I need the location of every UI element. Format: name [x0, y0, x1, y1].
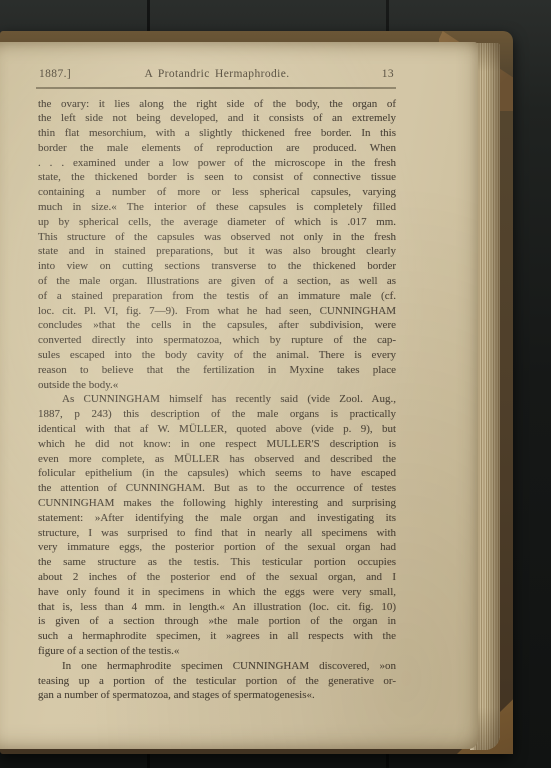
text-line: much in size.« The interior of these cap…: [38, 200, 396, 215]
paragraph: In one hermaphrodite specimen CUNNINGHAM…: [38, 659, 396, 703]
text-line: sules escaped into the body cavity of th…: [38, 348, 396, 363]
text-line: identical with that af W. MÜLLER, quoted…: [38, 422, 396, 437]
paragraph: As CUNNINGHAM himself has recently said …: [38, 392, 396, 658]
text-line: In one hermaphrodite specimen CUNNINGHAM…: [38, 659, 396, 674]
text-line: is given of a section through »the male …: [38, 614, 396, 629]
text-line: very immature eggs, the posterior portio…: [38, 540, 396, 555]
text-line: figure of a section of the testis.«: [38, 644, 396, 659]
text-line: into view on cutting sections transverse…: [38, 259, 396, 274]
text-line: that is, less than 4 mm. in length.« An …: [38, 600, 396, 615]
text-line: the left side not being developed, and i…: [38, 111, 396, 126]
text-line: 1887, p 243) this description of the mal…: [38, 407, 396, 422]
text-line: concludes »that the cells in the capsule…: [38, 318, 396, 333]
text-line: structure, I was surprised to find that …: [38, 526, 396, 541]
text-line: As CUNNINGHAM himself has recently said …: [38, 392, 396, 407]
header-title: A Protandric Hermaphrodie.: [144, 67, 289, 81]
text-line: such a hermaphrodite specimen, it »agree…: [38, 629, 396, 644]
text-line: This structure of the capsules was obser…: [38, 230, 396, 245]
running-head: 1887.] A Protandric Hermaphrodie. 13: [38, 67, 396, 82]
text-line: gan a number of spermatozoa, and stages …: [38, 688, 396, 703]
text-line: have only found it in specimens in which…: [38, 585, 396, 600]
header-year: 1887.]: [39, 67, 71, 81]
text-line: CUNNINGHAM makes the following highly in…: [38, 496, 396, 511]
header-rule: [36, 87, 396, 89]
header-page-number: 13: [382, 67, 394, 81]
text-line: of a stained preparation from the testis…: [38, 289, 396, 304]
text-line: state, the thickened border is seen to c…: [38, 170, 396, 185]
text-line: folicular epithelium (in the capsules) w…: [38, 466, 396, 481]
text-line: up by spherical cells, the average diame…: [38, 215, 396, 230]
text-line: the attention of CUNNINGHAM. But as to t…: [38, 481, 396, 496]
text-line: loc. cit. Pl. VI, fig. 7—9). From what h…: [38, 304, 396, 319]
paragraph: the ovary: it lies along the right side …: [38, 97, 396, 393]
text-line: reason to believe that the fertilization…: [38, 363, 396, 378]
text-line: about 2 inches of the posterior end of t…: [38, 570, 396, 585]
text-line: state and in stained preparations, but i…: [38, 244, 396, 259]
text-line: outside the body.«: [38, 378, 396, 393]
text-line: . . . examined under a low power of the …: [38, 156, 396, 171]
text-line: even more complete, as MÜLLER has observ…: [38, 452, 396, 467]
text-line: containing a number of more or less sphe…: [38, 185, 396, 200]
photo-background: 1887.] A Protandric Hermaphrodie. 13 the…: [0, 0, 551, 768]
text-line: which he did not know: in one respect MU…: [38, 437, 396, 452]
book-page: 1887.] A Protandric Hermaphrodie. 13 the…: [0, 42, 478, 749]
text-line: teasing up a portion of the testicular p…: [38, 674, 396, 689]
text-line: of the male organ. Illustrations are giv…: [38, 274, 396, 289]
text-line: thin flat mesorchium, with a slightly th…: [38, 126, 396, 141]
text-line: the same structure as the testis. This t…: [38, 555, 396, 570]
page-body: the ovary: it lies along the right side …: [38, 97, 396, 704]
text-line: converted directly into spermatozoa, whi…: [38, 333, 396, 348]
text-line: the ovary: it lies along the right side …: [38, 97, 396, 112]
text-line: border the male elements of reproduction…: [38, 141, 396, 156]
text-line: statement: »After identifying the male o…: [38, 511, 396, 526]
